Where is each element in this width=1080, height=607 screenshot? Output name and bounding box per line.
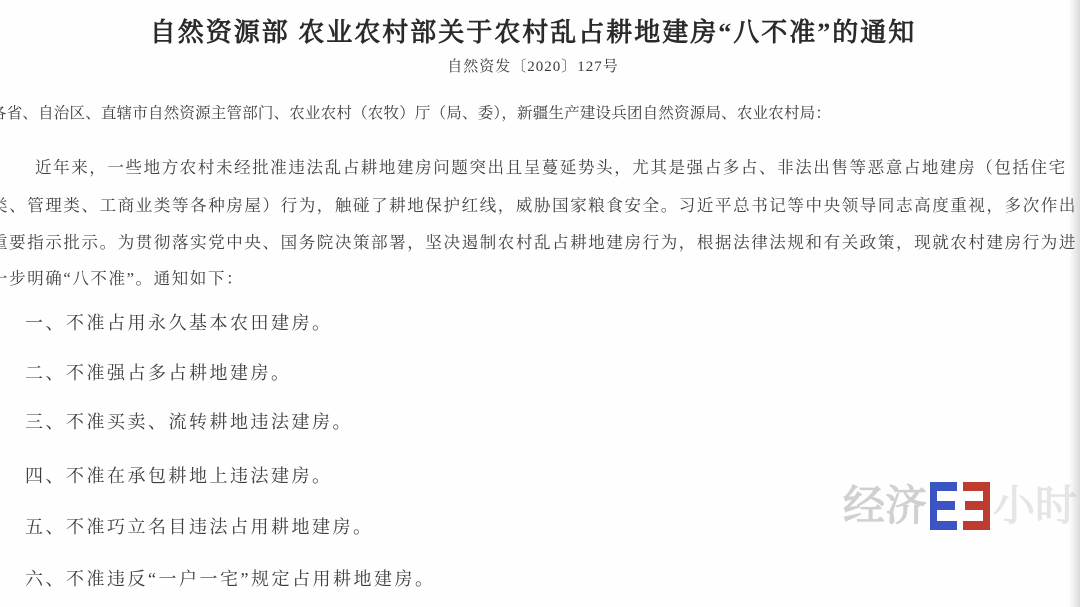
list-item-5: 五、不准巧立名目违法占用耕地建房。	[25, 516, 374, 539]
paragraph-line-3: 重要指示批示。为贯彻落实党中央、国务院决策部署，坚决遏制农村乱占耕地建房行为，根…	[0, 233, 1077, 253]
list-item-1: 一、不准占用永久基本农田建房。	[25, 312, 333, 335]
watermark-prefix-text: 经济	[843, 479, 927, 533]
half-hour-logo-red-icon	[963, 482, 990, 530]
watermark-economic-half-hour: 经济 小时	[843, 479, 1077, 533]
document-page: 自然资源部 农业农村部关于农村乱占耕地建房“八不准”的通知 自然资发〔2020〕…	[0, 0, 1080, 607]
right-edge-shade	[1069, 0, 1080, 607]
half-hour-logo-blue-icon	[930, 482, 957, 530]
watermark-suffix-text: 小时	[993, 479, 1077, 533]
paragraph-line-2: 类、管理类、工商业类等各种房屋）行为，触碰了耕地保护红线，威胁国家粮食安全。习近…	[0, 196, 1077, 216]
list-item-2: 二、不准强占多占耕地建房。	[25, 362, 292, 385]
list-item-4: 四、不准在承包耕地上违法建房。	[25, 465, 333, 488]
paragraph-line-1: 近年来，一些地方农村未经批准违法乱占耕地建房问题突出且呈蔓延势头，尤其是强占多占…	[35, 158, 1067, 178]
paragraph-line-4: 一步明确“八不准”。通知如下：	[0, 269, 244, 289]
salutation-line: 各省、自治区、直辖市自然资源主管部门、农业农村（农牧）厅（局、委），新疆生产建设…	[0, 104, 831, 124]
list-item-3: 三、不准买卖、流转耕地违法建房。	[25, 411, 353, 434]
document-title: 自然资源部 农业农村部关于农村乱占耕地建房“八不准”的通知	[0, 12, 1066, 49]
list-item-6: 六、不准违反“一户一宅”规定占用耕地建房。	[25, 568, 435, 591]
document-number: 自然资发〔2020〕127号	[0, 55, 1066, 76]
